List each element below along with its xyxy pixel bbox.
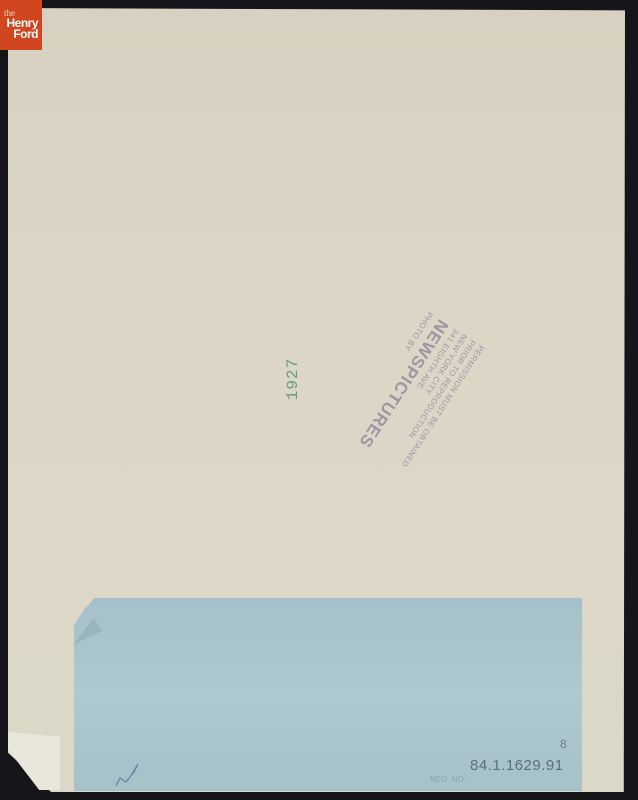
pencil-mark-icon — [112, 760, 146, 790]
folded-corner — [8, 732, 60, 790]
logo-ford: Ford — [13, 29, 38, 40]
the-henry-ford-logo[interactable]: the Henry Ford — [0, 0, 42, 50]
faint-text: NEG. NO. — [430, 775, 466, 784]
small-mark: 8 — [560, 737, 567, 751]
accession-number: 84.1.1629.91 — [470, 757, 564, 774]
year-annotation: 1927 — [284, 358, 302, 400]
